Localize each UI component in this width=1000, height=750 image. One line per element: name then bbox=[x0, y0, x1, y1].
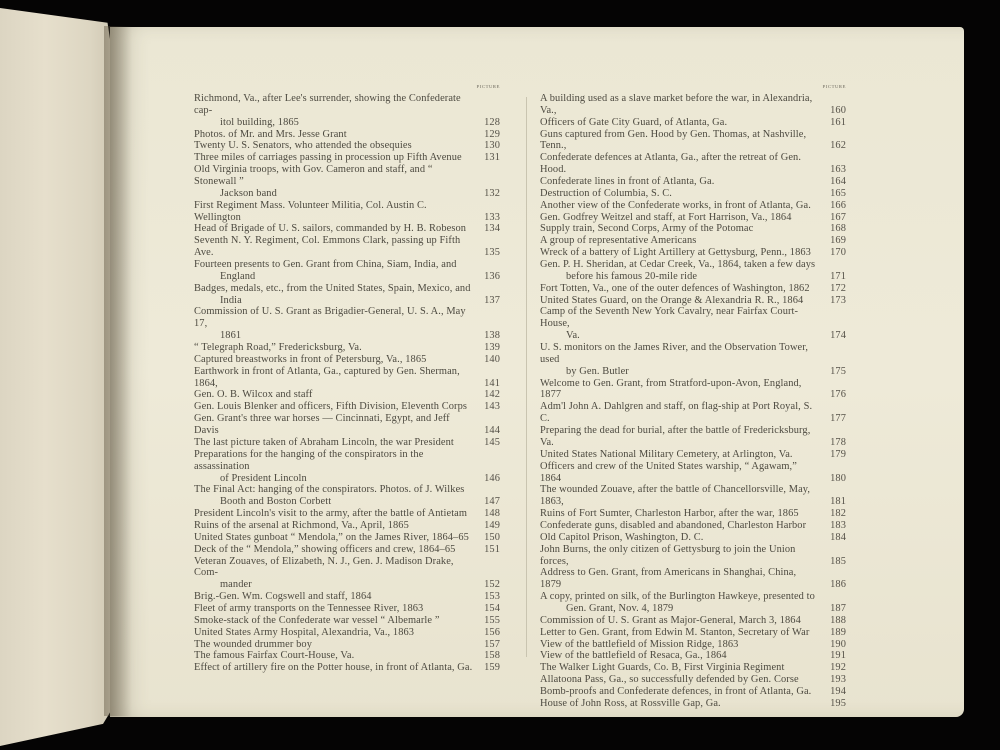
entry-title: Ruins of the arsenal at Richmond, Va., A… bbox=[194, 520, 474, 532]
entry-title: Ruins of Fort Sumter, Charleston Harbor,… bbox=[540, 508, 820, 520]
list-item: Supply train, Second Corps, Army of the … bbox=[540, 223, 846, 235]
list-item: Gen. Grant's three war horses — Cincinna… bbox=[194, 413, 500, 437]
entry-title: “ Telegraph Road,” Fredericksburg, Va. bbox=[194, 342, 474, 354]
entry-title: Three miles of carriages passing in proc… bbox=[194, 152, 474, 164]
entry-title: Photos. of Mr. and Mrs. Jesse Grant bbox=[194, 129, 474, 141]
entry-title: Preparing the dead for burial, after the… bbox=[540, 425, 820, 449]
page-number: 185 bbox=[822, 556, 846, 568]
page-number: 140 bbox=[476, 354, 500, 366]
entry-title: United States Army Hospital, Alexandria,… bbox=[194, 627, 474, 639]
page-number: 152 bbox=[476, 579, 500, 591]
entry-continuation: England bbox=[194, 271, 474, 283]
entry-title: The famous Fairfax Court-House, Va. bbox=[194, 650, 474, 662]
entry-title: Fleet of army transports on the Tennesse… bbox=[194, 603, 474, 615]
entry-title: Badges, medals, etc., from the United St… bbox=[194, 283, 474, 295]
page-number: 145 bbox=[476, 437, 500, 449]
list-item: Effect of artillery fire on the Potter h… bbox=[194, 662, 500, 674]
entry-title: Old Capitol Prison, Washington, D. C. bbox=[540, 532, 820, 544]
list-item: United States gunboat “ Mendola,” on the… bbox=[194, 532, 500, 544]
list-item: The Walker Light Guards, Co. B, First Vi… bbox=[540, 662, 846, 674]
entry-title: Officers and crew of the United States w… bbox=[540, 461, 820, 485]
page-number: 144 bbox=[476, 425, 500, 437]
list-item: View of the battlefield of Mission Ridge… bbox=[540, 639, 846, 651]
illustration-list-left: Richmond, Va., after Lee's surrender, sh… bbox=[194, 93, 500, 674]
list-item: Preparations for the hanging of the cons… bbox=[194, 449, 500, 485]
list-item: Gen. P. H. Sheridan, at Cedar Creek, Va.… bbox=[540, 259, 846, 283]
page-number: 181 bbox=[822, 496, 846, 508]
entry-title: Commission of U. S. Grant as Major-Gener… bbox=[540, 615, 820, 627]
entry-title: A copy, printed on silk, of the Burlingt… bbox=[540, 591, 820, 603]
list-item: Gen. Godfrey Weitzel and staff, at Fort … bbox=[540, 212, 846, 224]
list-item: Another view of the Confederate works, i… bbox=[540, 200, 846, 212]
entry-title: A group of representative Americans bbox=[540, 235, 820, 247]
illustration-list-right: A building used as a slave market before… bbox=[540, 93, 846, 710]
page-number: 195 bbox=[822, 698, 846, 710]
page-number: 131 bbox=[476, 152, 500, 164]
entry-title: House of John Ross, at Rossville Gap, Ga… bbox=[540, 698, 820, 710]
list-item: United States Army Hospital, Alexandria,… bbox=[194, 627, 500, 639]
entry-continuation: Va. bbox=[540, 330, 820, 342]
list-item: Allatoona Pass, Ga., so successfully def… bbox=[540, 674, 846, 686]
entry-title: Old Virginia troops, with Gov. Cameron a… bbox=[194, 164, 474, 188]
page-number: 191 bbox=[822, 650, 846, 662]
list-item: Deck of the “ Mendola,” showing officers… bbox=[194, 544, 500, 556]
list-item: Officers and crew of the United States w… bbox=[540, 461, 846, 485]
page-number: 139 bbox=[476, 342, 500, 354]
entry-title: Twenty U. S. Senators, who attended the … bbox=[194, 140, 474, 152]
page-number: 192 bbox=[822, 662, 846, 674]
page-number: 133 bbox=[476, 212, 500, 224]
page-number: 136 bbox=[476, 271, 500, 283]
book-photo: PICTURE Richmond, Va., after Lee's surre… bbox=[0, 0, 1000, 750]
entry-title: The Walker Light Guards, Co. B, First Vi… bbox=[540, 662, 820, 674]
list-item: Bomb-proofs and Confederate defences, in… bbox=[540, 686, 846, 698]
entry-continuation: mander bbox=[194, 579, 474, 591]
column-header: PICTURE bbox=[477, 81, 500, 93]
list-item: Officers of Gate City Guard, of Atlanta,… bbox=[540, 117, 846, 129]
page-number: 183 bbox=[822, 520, 846, 532]
list-item: A group of representative Americans169 bbox=[540, 235, 846, 247]
list-item: United States Guard, on the Orange & Ale… bbox=[540, 295, 846, 307]
page-number: 188 bbox=[822, 615, 846, 627]
list-item: Commission of U. S. Grant as Major-Gener… bbox=[540, 615, 846, 627]
column-divider bbox=[526, 97, 527, 657]
page-number: 168 bbox=[822, 223, 846, 235]
list-item: Twenty U. S. Senators, who attended the … bbox=[194, 140, 500, 152]
entry-title: Officers of Gate City Guard, of Atlanta,… bbox=[540, 117, 820, 129]
entry-title: Fort Totten, Va., one of the outer defen… bbox=[540, 283, 820, 295]
entry-title: Gen. O. B. Wilcox and staff bbox=[194, 389, 474, 401]
page-number: 169 bbox=[822, 235, 846, 247]
entry-title: Confederate guns, disabled and abandoned… bbox=[540, 520, 820, 532]
list-item: Richmond, Va., after Lee's surrender, sh… bbox=[194, 93, 500, 129]
entry-continuation: itol building, 1865 bbox=[194, 117, 474, 129]
page-number: 176 bbox=[822, 389, 846, 401]
page-number: 154 bbox=[476, 603, 500, 615]
list-item: Preparing the dead for burial, after the… bbox=[540, 425, 846, 449]
entry-title: View of the battlefield of Resaca, Ga., … bbox=[540, 650, 820, 662]
page-number: 173 bbox=[822, 295, 846, 307]
list-item: Old Capitol Prison, Washington, D. C.184 bbox=[540, 532, 846, 544]
list-item: Welcome to Gen. Grant, from Stratford-up… bbox=[540, 378, 846, 402]
entry-title: Address to Gen. Grant, from Americans in… bbox=[540, 567, 820, 591]
page-number: 193 bbox=[822, 674, 846, 686]
page-number: 190 bbox=[822, 639, 846, 651]
list-item: The wounded drummer boy157 bbox=[194, 639, 500, 651]
entry-title: Veteran Zouaves, of Elizabeth, N. J., Ge… bbox=[194, 556, 474, 580]
page-number: 161 bbox=[822, 117, 846, 129]
page-number: 177 bbox=[822, 413, 846, 425]
entry-title: Welcome to Gen. Grant, from Stratford-up… bbox=[540, 378, 820, 402]
entry-continuation: of President Lincoln bbox=[194, 473, 474, 485]
list-item: Adm'l John A. Dahlgren and staff, on fla… bbox=[540, 401, 846, 425]
list-item: Smoke-stack of the Confederate war vesse… bbox=[194, 615, 500, 627]
entry-title: Gen. P. H. Sheridan, at Cedar Creek, Va.… bbox=[540, 259, 820, 271]
list-item: Fourteen presents to Gen. Grant from Chi… bbox=[194, 259, 500, 283]
list-item: The famous Fairfax Court-House, Va.158 bbox=[194, 650, 500, 662]
page-number: 160 bbox=[822, 105, 846, 117]
right-page: PICTURE Richmond, Va., after Lee's surre… bbox=[110, 27, 964, 717]
entry-title: Allatoona Pass, Ga., so successfully def… bbox=[540, 674, 820, 686]
page-number: 187 bbox=[822, 603, 846, 615]
list-item: United States National Military Cemetery… bbox=[540, 449, 846, 461]
page-number: 171 bbox=[822, 271, 846, 283]
list-item: The last picture taken of Abraham Lincol… bbox=[194, 437, 500, 449]
entry-title: Camp of the Seventh New York Cavalry, ne… bbox=[540, 306, 820, 330]
list-item: Gen. O. B. Wilcox and staff142 bbox=[194, 389, 500, 401]
list-item: Destruction of Columbia, S. C.165 bbox=[540, 188, 846, 200]
entry-title: Seventh N. Y. Regiment, Col. Emmons Clar… bbox=[194, 235, 474, 259]
entry-title: President Lincoln's visit to the army, a… bbox=[194, 508, 474, 520]
entry-title: Bomb-proofs and Confederate defences, in… bbox=[540, 686, 820, 698]
list-item: Gen. Louis Blenker and officers, Fifth D… bbox=[194, 401, 500, 413]
list-item: The Final Act: hanging of the conspirato… bbox=[194, 484, 500, 508]
page-number: 143 bbox=[476, 401, 500, 413]
page-number: 134 bbox=[476, 223, 500, 235]
list-item: Badges, medals, etc., from the United St… bbox=[194, 283, 500, 307]
entry-title: John Burns, the only citizen of Gettysbu… bbox=[540, 544, 820, 568]
entry-title: First Regiment Mass. Volunteer Militia, … bbox=[194, 200, 474, 224]
entry-title: Gen. Louis Blenker and officers, Fifth D… bbox=[194, 401, 474, 413]
page-number: 174 bbox=[822, 330, 846, 342]
list-item: Fleet of army transports on the Tennesse… bbox=[194, 603, 500, 615]
list-item: Brig.-Gen. Wm. Cogswell and staff, 18641… bbox=[194, 591, 500, 603]
entry-title: Confederate lines in front of Atlanta, G… bbox=[540, 176, 820, 188]
list-item: Captured breastworks in front of Petersb… bbox=[194, 354, 500, 366]
list-item: Address to Gen. Grant, from Americans in… bbox=[540, 567, 846, 591]
entry-title: Destruction of Columbia, S. C. bbox=[540, 188, 820, 200]
page-number: 163 bbox=[822, 164, 846, 176]
page-number: 159 bbox=[476, 662, 500, 674]
list-item: Guns captured from Gen. Hood by Gen. Tho… bbox=[540, 129, 846, 153]
list-item: A copy, printed on silk, of the Burlingt… bbox=[540, 591, 846, 615]
list-item: Ruins of Fort Sumter, Charleston Harbor,… bbox=[540, 508, 846, 520]
entry-title: Letter to Gen. Grant, from Edwin M. Stan… bbox=[540, 627, 820, 639]
list-item: President Lincoln's visit to the army, a… bbox=[194, 508, 500, 520]
column-header: PICTURE bbox=[823, 81, 846, 93]
entry-title: Another view of the Confederate works, i… bbox=[540, 200, 820, 212]
entry-title: The wounded Zouave, after the battle of … bbox=[540, 484, 820, 508]
page-number: 180 bbox=[822, 473, 846, 485]
left-column: PICTURE Richmond, Va., after Lee's surre… bbox=[194, 93, 500, 674]
page-number: 141 bbox=[476, 378, 500, 390]
list-item: “ Telegraph Road,” Fredericksburg, Va.13… bbox=[194, 342, 500, 354]
entry-title: Gen. Godfrey Weitzel and staff, at Fort … bbox=[540, 212, 820, 224]
entry-continuation: before his famous 20-mile ride bbox=[540, 271, 820, 283]
list-item: Commission of U. S. Grant as Brigadier-G… bbox=[194, 306, 500, 342]
entry-continuation: Jackson band bbox=[194, 188, 474, 200]
page-number: 194 bbox=[822, 686, 846, 698]
entry-title: Confederate defences at Atlanta, Ga., af… bbox=[540, 152, 820, 176]
list-item: Old Virginia troops, with Gov. Cameron a… bbox=[194, 164, 500, 200]
gutter-shadow bbox=[104, 26, 132, 716]
entry-title: View of the battlefield of Mission Ridge… bbox=[540, 639, 820, 651]
page-number: 150 bbox=[476, 532, 500, 544]
page-number: 178 bbox=[822, 437, 846, 449]
page-number: 158 bbox=[476, 650, 500, 662]
list-item: The wounded Zouave, after the battle of … bbox=[540, 484, 846, 508]
page-number: 166 bbox=[822, 200, 846, 212]
entry-title: Supply train, Second Corps, Army of the … bbox=[540, 223, 820, 235]
page-number: 164 bbox=[822, 176, 846, 188]
right-column: PICTURE A building used as a slave marke… bbox=[540, 93, 846, 710]
entry-title: U. S. monitors on the James River, and t… bbox=[540, 342, 820, 366]
page-number: 137 bbox=[476, 295, 500, 307]
list-item: U. S. monitors on the James River, and t… bbox=[540, 342, 846, 378]
list-item: Confederate lines in front of Atlanta, G… bbox=[540, 176, 846, 188]
page-number: 151 bbox=[476, 544, 500, 556]
left-page-leaf bbox=[0, 8, 112, 746]
list-item: Letter to Gen. Grant, from Edwin M. Stan… bbox=[540, 627, 846, 639]
entry-title: Commission of U. S. Grant as Brigadier-G… bbox=[194, 306, 474, 330]
entry-title: United States gunboat “ Mendola,” on the… bbox=[194, 532, 474, 544]
page-number: 129 bbox=[476, 129, 500, 141]
list-item: Camp of the Seventh New York Cavalry, ne… bbox=[540, 306, 846, 342]
page-number: 149 bbox=[476, 520, 500, 532]
entry-title: Smoke-stack of the Confederate war vesse… bbox=[194, 615, 474, 627]
list-item: View of the battlefield of Resaca, Ga., … bbox=[540, 650, 846, 662]
page-number: 146 bbox=[476, 473, 500, 485]
entry-title: Fourteen presents to Gen. Grant from Chi… bbox=[194, 259, 474, 271]
entry-title: A building used as a slave market before… bbox=[540, 93, 820, 117]
list-item: A building used as a slave market before… bbox=[540, 93, 846, 117]
page-number: 148 bbox=[476, 508, 500, 520]
entry-title: The Final Act: hanging of the conspirato… bbox=[194, 484, 474, 496]
entry-continuation: Gen. Grant, Nov. 4, 1879 bbox=[540, 603, 820, 615]
page-number: 184 bbox=[822, 532, 846, 544]
entry-title: Wreck of a battery of Light Artillery at… bbox=[540, 247, 820, 259]
entry-title: Brig.-Gen. Wm. Cogswell and staff, 1864 bbox=[194, 591, 474, 603]
page-number: 155 bbox=[476, 615, 500, 627]
entry-continuation: 1861 bbox=[194, 330, 474, 342]
entry-continuation: India bbox=[194, 295, 474, 307]
page-number: 167 bbox=[822, 212, 846, 224]
entry-title: Earthwork in front of Atlanta, Ga., capt… bbox=[194, 366, 474, 390]
list-item: First Regiment Mass. Volunteer Militia, … bbox=[194, 200, 500, 224]
list-item: Photos. of Mr. and Mrs. Jesse Grant129 bbox=[194, 129, 500, 141]
entry-title: Head of Brigade of U. S. sailors, comman… bbox=[194, 223, 474, 235]
entry-title: The last picture taken of Abraham Lincol… bbox=[194, 437, 474, 449]
page-number: 138 bbox=[476, 330, 500, 342]
page-number: 182 bbox=[822, 508, 846, 520]
page-number: 175 bbox=[822, 366, 846, 378]
list-item: Confederate defences at Atlanta, Ga., af… bbox=[540, 152, 846, 176]
entry-title: The wounded drummer boy bbox=[194, 639, 474, 651]
list-item: Earthwork in front of Atlanta, Ga., capt… bbox=[194, 366, 500, 390]
page-number: 135 bbox=[476, 247, 500, 259]
entry-title: United States National Military Cemetery… bbox=[540, 449, 820, 461]
page-number: 189 bbox=[822, 627, 846, 639]
page-number: 156 bbox=[476, 627, 500, 639]
entry-title: Captured breastworks in front of Petersb… bbox=[194, 354, 474, 366]
page-number: 153 bbox=[476, 591, 500, 603]
list-item: Seventh N. Y. Regiment, Col. Emmons Clar… bbox=[194, 235, 500, 259]
list-item: Head of Brigade of U. S. sailors, comman… bbox=[194, 223, 500, 235]
page-number: 132 bbox=[476, 188, 500, 200]
entry-title: Preparations for the hanging of the cons… bbox=[194, 449, 474, 473]
list-item: Confederate guns, disabled and abandoned… bbox=[540, 520, 846, 532]
entry-title: Deck of the “ Mendola,” showing officers… bbox=[194, 544, 474, 556]
page-number: 162 bbox=[822, 140, 846, 152]
page-number: 128 bbox=[476, 117, 500, 129]
entry-title: Adm'l John A. Dahlgren and staff, on fla… bbox=[540, 401, 820, 425]
entry-title: Gen. Grant's three war horses — Cincinna… bbox=[194, 413, 474, 437]
list-item: Fort Totten, Va., one of the outer defen… bbox=[540, 283, 846, 295]
list-item: House of John Ross, at Rossville Gap, Ga… bbox=[540, 698, 846, 710]
list-item: Ruins of the arsenal at Richmond, Va., A… bbox=[194, 520, 500, 532]
page-number: 142 bbox=[476, 389, 500, 401]
entry-continuation: by Gen. Butler bbox=[540, 366, 820, 378]
page-number: 147 bbox=[476, 496, 500, 508]
page-number: 170 bbox=[822, 247, 846, 259]
entry-title: Richmond, Va., after Lee's surrender, sh… bbox=[194, 93, 474, 117]
list-item: Wreck of a battery of Light Artillery at… bbox=[540, 247, 846, 259]
page-number: 130 bbox=[476, 140, 500, 152]
list-item: John Burns, the only citizen of Gettysbu… bbox=[540, 544, 846, 568]
entry-title: United States Guard, on the Orange & Ale… bbox=[540, 295, 820, 307]
page-number: 172 bbox=[822, 283, 846, 295]
page-number: 157 bbox=[476, 639, 500, 651]
list-item: Three miles of carriages passing in proc… bbox=[194, 152, 500, 164]
list-item: Veteran Zouaves, of Elizabeth, N. J., Ge… bbox=[194, 556, 500, 592]
entry-title: Effect of artillery fire on the Potter h… bbox=[194, 662, 474, 674]
page-number: 179 bbox=[822, 449, 846, 461]
entry-title: Guns captured from Gen. Hood by Gen. Tho… bbox=[540, 129, 820, 153]
page-number: 165 bbox=[822, 188, 846, 200]
entry-continuation: Booth and Boston Corbett bbox=[194, 496, 474, 508]
page-number: 186 bbox=[822, 579, 846, 591]
